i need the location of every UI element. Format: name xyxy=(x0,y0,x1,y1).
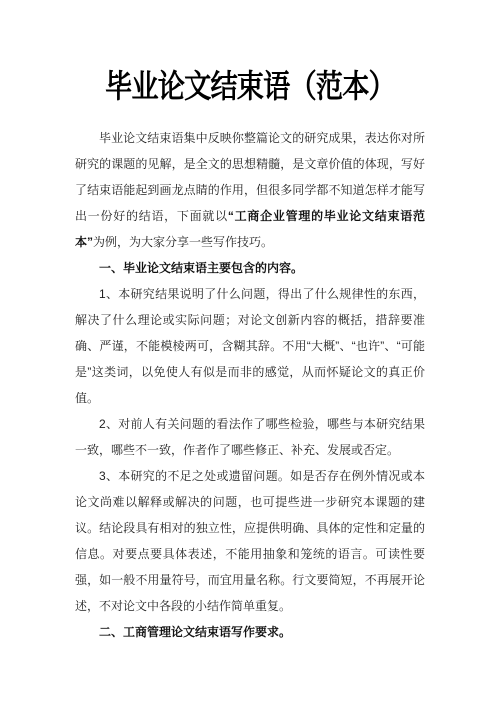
document-body: 毕业论文结束语集中反映你整篇论文的研究成果，表达你对所研究的课题的见解，是全文的… xyxy=(75,125,425,645)
section-heading: 二、工商管理论文结束语写作要求。 xyxy=(75,619,425,645)
paragraph: 2、对前人有关问题的看法作了哪些检验，哪些与本研究结果一致，哪些不一致，作者作了… xyxy=(75,411,425,463)
text-run: 3、本研究的不足之处或遗留问题。如是否存在例外情况或本论文尚难以解释或解决的问题… xyxy=(75,469,425,613)
paragraph: 毕业论文结束语集中反映你整篇论文的研究成果，表达你对所研究的课题的见解，是全文的… xyxy=(75,125,425,255)
document-title: 毕业论文结束语（范本） xyxy=(38,68,463,104)
paragraph: 3、本研究的不足之处或遗留问题。如是否存在例外情况或本论文尚难以解释或解决的问题… xyxy=(75,463,425,619)
text-run: 1、本研究结果说明了什么问题，得出了什么规律性的东西，解决了什么理论或实际问题；… xyxy=(75,287,425,405)
bold-text-run: 二、工商管理论文结束语写作要求。 xyxy=(99,625,291,639)
bold-text-run: 一、毕业论文结束语主要包含的内容。 xyxy=(99,261,303,275)
text-run: 为例，为大家分享一些写作技巧。 xyxy=(93,235,273,249)
document-page: 毕业论文结束语（范本） 毕业论文结束语集中反映你整篇论文的研究成果，表达你对所研… xyxy=(0,0,500,708)
paragraph: 1、本研究结果说明了什么问题，得出了什么规律性的东西，解决了什么理论或实际问题；… xyxy=(75,281,425,411)
section-heading: 一、毕业论文结束语主要包含的内容。 xyxy=(75,255,425,281)
text-run: 2、对前人有关问题的看法作了哪些检验，哪些与本研究结果一致，哪些不一致，作者作了… xyxy=(75,417,425,457)
